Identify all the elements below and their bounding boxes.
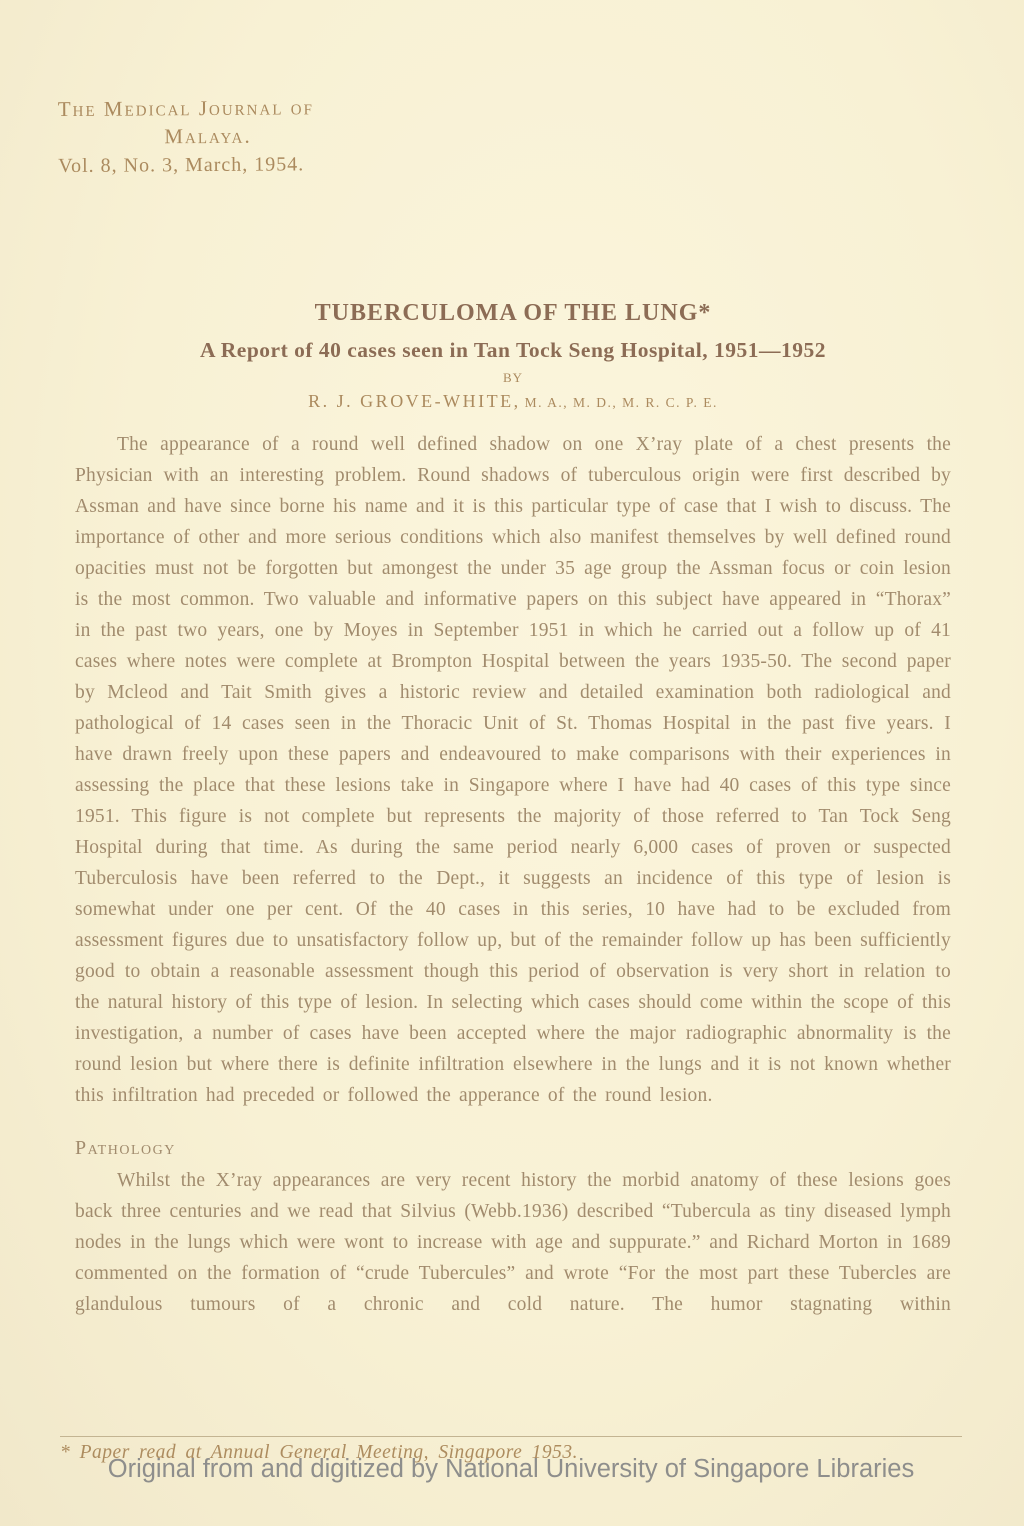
article-subtitle: A Report of 40 cases seen in Tan Tock Se…: [75, 338, 951, 363]
author-line: R. J. GROVE-WHITE, M. A., M. D., M. R. C…: [75, 391, 951, 412]
journal-masthead: The Medical Journal of Malaya. Vol. 8, N…: [58, 93, 359, 181]
page-footer: * Paper read at Annual General Meeting, …: [60, 1436, 962, 1484]
author-name: R. J. GROVE-WHITE,: [308, 391, 520, 411]
journal-name-line1: The Medical Journal of: [58, 93, 358, 123]
section-heading-pathology: Pathology: [75, 1137, 951, 1160]
scanned-journal-page: The Medical Journal of Malaya. Vol. 8, N…: [0, 0, 1024, 1526]
author-degrees: M. A., M. D., M. R. C. P. E.: [525, 395, 718, 410]
byline-label: BY: [75, 370, 951, 386]
intro-paragraph: The appearance of a round well defined s…: [75, 429, 951, 1111]
footnote-rule: [60, 1436, 962, 1437]
journal-volume-issue-date: Vol. 8, No. 3, March, 1954.: [58, 149, 358, 181]
article: TUBERCULOMA OF THE LUNG* A Report of 40 …: [75, 300, 951, 1320]
journal-name-line2: Malaya.: [58, 121, 358, 151]
digitization-watermark: Original from and digitized by National …: [60, 1455, 962, 1484]
article-title: TUBERCULOMA OF THE LUNG*: [75, 300, 951, 327]
pathology-paragraph: Whilst the X’ray appearances are very re…: [75, 1165, 951, 1320]
